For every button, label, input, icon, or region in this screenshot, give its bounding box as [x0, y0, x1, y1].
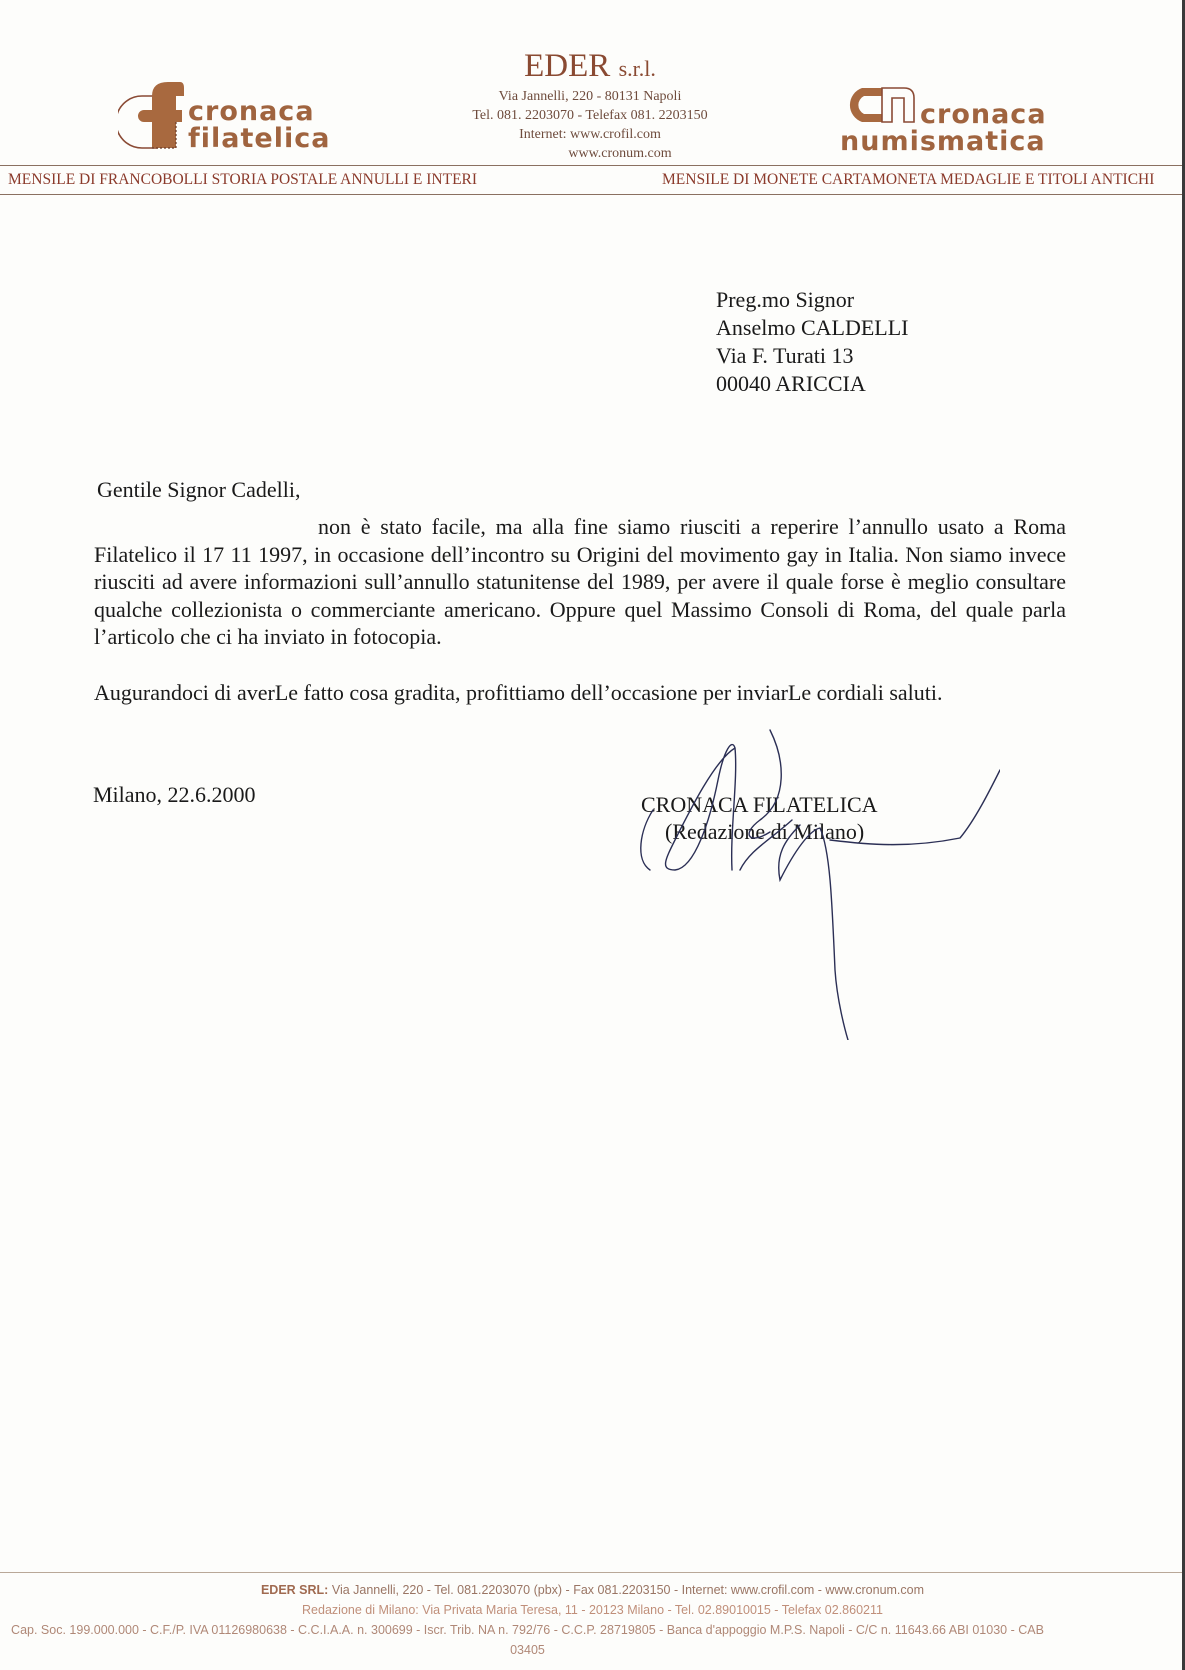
recipient-title: Preg.mo Signor: [716, 286, 908, 314]
logo-right-line2: numismatica: [840, 128, 1046, 155]
company-name: EDER s.r.l.: [430, 48, 750, 87]
footer-rule: [0, 1572, 1182, 1573]
logo-right-line1: cronaca: [920, 101, 1047, 128]
recipient-city: 00040 ARICCIA: [716, 370, 908, 398]
cronaca-numismatica-logo: cronaca numismatica: [840, 84, 1080, 154]
place-date: Milano, 22.6.2000: [93, 782, 256, 808]
company-name-suffix: s.r.l.: [619, 56, 656, 81]
company-name-main: EDER: [524, 48, 610, 84]
recipient-street: Via F. Turati 13: [716, 342, 908, 370]
cn-monogram-icon: [842, 84, 918, 124]
footer-line-registry: Cap. Soc. 199.000.000 - C.F./P. IVA 0112…: [0, 1620, 1185, 1660]
header-rule-bottom: [0, 194, 1182, 195]
recipient-address: Preg.mo Signor Anselmo CALDELLI Via F. T…: [716, 286, 908, 398]
salutation: Gentile Signor Cadelli,: [97, 477, 300, 503]
footer: EDER SRL: Via Jannelli, 220 - Tel. 081.2…: [0, 1580, 1185, 1660]
tagline-filatelica: MENSILE DI FRANCOBOLLI STORIA POSTALE AN…: [8, 171, 477, 189]
footer-line-milano: Redazione di Milano: Via Privata Maria T…: [0, 1600, 1185, 1620]
company-address: Via Jannelli, 220 - 80131 Napoli: [430, 87, 750, 106]
cf-monogram-icon: [118, 80, 188, 154]
footer-line-company: EDER SRL: Via Jannelli, 220 - Tel. 081.2…: [0, 1580, 1185, 1600]
company-phone: Tel. 081. 2203070 - Telefax 081. 2203150: [430, 106, 750, 125]
logo-left-line2: filatelica: [188, 125, 330, 152]
cronaca-filatelica-logo: cronaca filatelica: [118, 80, 378, 154]
company-header: EDER s.r.l. Via Jannelli, 220 - 80131 Na…: [430, 48, 750, 163]
logo-left-line1: cronaca: [188, 98, 315, 125]
footer-company-details: Via Jannelli, 220 - Tel. 081.2203070 (pb…: [332, 1583, 924, 1597]
tagline-numismatica: MENSILE DI MONETE CARTAMONETA MEDAGLIE E…: [662, 171, 1154, 189]
handwritten-signature-icon: [620, 720, 1000, 1040]
closing-sentence: Augurandoci di averLe fatto cosa gradita…: [94, 680, 943, 706]
recipient-name: Anselmo CALDELLI: [716, 314, 908, 342]
company-internet-2: www.cronum.com: [430, 144, 750, 163]
footer-company-label: EDER SRL:: [261, 1583, 328, 1597]
letter-paragraph: non è stato facile, ma alla fine siamo r…: [94, 513, 1066, 651]
header-rule-top: [0, 165, 1182, 166]
letter-paragraph-text: non è stato facile, ma alla fine siamo r…: [94, 514, 1066, 649]
company-internet: Internet: www.crofil.com: [430, 125, 750, 144]
